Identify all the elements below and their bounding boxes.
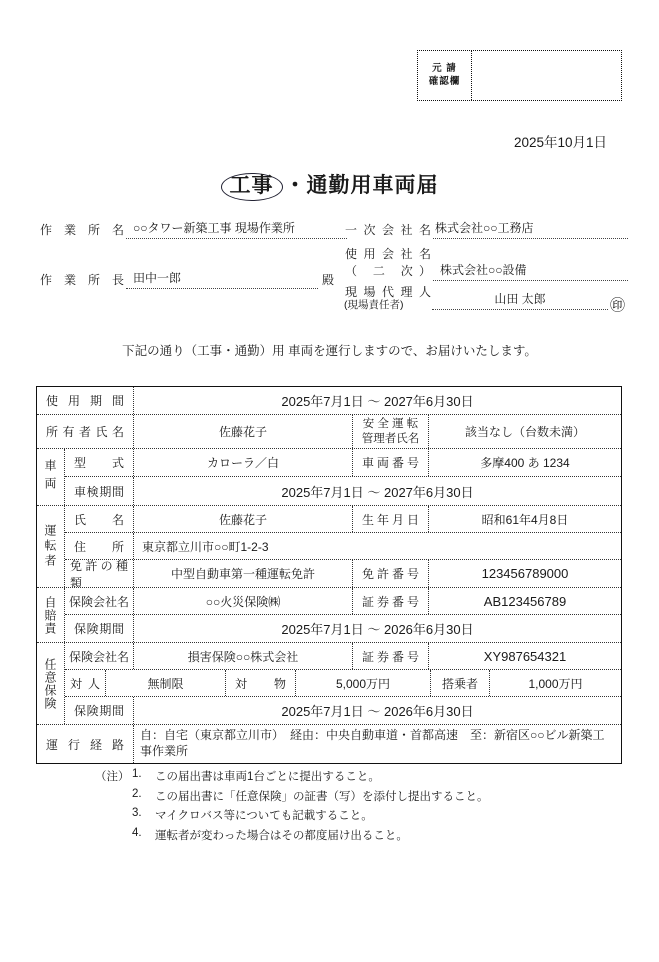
owner-name-label: 所有者氏名 xyxy=(37,415,134,448)
honorific-dono: 殿 xyxy=(322,271,334,288)
safety-manager-label: 安 全 運 転 管理者氏名 xyxy=(353,415,429,448)
plate-number-label: 車両番号 xyxy=(353,449,429,476)
note-text: この届出書に「任意保険」の証書（写）を添付し提出すること。 xyxy=(155,788,489,804)
row-coverage: 対人 無制限 対物 5,000万円 搭乗者 1,000万円 xyxy=(65,670,621,697)
inspection-period-value: 2025年7月1日 ～ 2027年6月30日 xyxy=(134,477,621,505)
nini-policy-label: 証券番号 xyxy=(353,643,429,669)
nini-insurer-label: 保険会社名 xyxy=(65,643,134,669)
taijin-value: 無制限 xyxy=(106,670,226,696)
note-line-4: 4. 運転者が変わった場合はその都度届け出ること。 xyxy=(95,827,489,847)
jibaiseki-policy-label: 証券番号 xyxy=(353,588,429,614)
row-inspection: 車検期間 2025年7月1日 ～ 2027年6月30日 xyxy=(65,477,621,505)
note-prefix: （注） xyxy=(95,768,132,784)
confirmation-stamp-area xyxy=(472,51,621,100)
row-nini-insurer: 保険会社名 損害保険○○株式会社 証券番号 XY987654321 xyxy=(65,643,621,670)
row-license: 免許の種類 中型自動車第一種運転免許 免許番号 123456789000 xyxy=(65,560,621,587)
inkan-stamp-icon: ㊞ xyxy=(610,294,625,315)
usage-period-label: 使用期間 xyxy=(37,387,134,414)
section-jibaiseki: 自賠責 保険会社名 ○○火災保険㈱ 証券番号 AB123456789 保険期間 … xyxy=(37,588,621,643)
row-nini-period: 保険期間 2025年7月1日 ～ 2026年6月30日 xyxy=(65,697,621,724)
vehicle-report-form: 元 請 確認欄 2025年10月1日 工事・通勤用車両届 作業所名 ○○タワー新… xyxy=(0,0,659,962)
model-value: カローラ／白 xyxy=(134,449,353,476)
note-line-3: 3. マイクロバス等についても記載すること。 xyxy=(95,807,489,827)
plate-number-value: 多摩400 あ 1234 xyxy=(429,449,621,476)
jibaiseki-insurer-label: 保険会社名 xyxy=(65,588,134,614)
confirmation-box-label: 元 請 確認欄 xyxy=(418,51,472,100)
owner-name-value: 佐藤花子 xyxy=(134,415,353,448)
note-text: この届出書は車両1台ごとに提出すること。 xyxy=(155,768,380,784)
page-title: 工事・通勤用車両届 xyxy=(0,169,659,201)
route-label: 運行経路 xyxy=(37,725,134,763)
section-driver: 運転者 氏名 佐藤花子 生年月日 昭和61年4月8日 住所 東京都立川市○○町1… xyxy=(37,506,621,588)
footer-notes: （注） 1. この届出書は車両1台ごとに提出すること。 2. この届出書に「任意… xyxy=(95,768,489,846)
nini-period-label: 保険期間 xyxy=(65,697,134,724)
worksite-name-value: ○○タワー新築工事 現場作業所 xyxy=(126,219,347,239)
contractor-confirmation-box: 元 請 確認欄 xyxy=(417,50,622,101)
jibaiseki-period-value: 2025年7月1日 ～ 2026年6月30日 xyxy=(134,615,621,642)
jibaiseki-policy-value: AB123456789 xyxy=(429,588,621,614)
license-number-label: 免許番号 xyxy=(353,560,429,587)
note-text: マイクロバス等についても記載すること。 xyxy=(155,807,373,823)
title-circled-kouji: 工事 xyxy=(221,173,283,201)
jibaiseki-insurer-value: ○○火災保険㈱ xyxy=(134,588,353,614)
row-driver-name: 氏名 佐藤花子 生年月日 昭和61年4月8日 xyxy=(65,506,621,533)
worksite-name-label: 作業所名 xyxy=(40,221,124,238)
site-responsible-label: (現場責任者) xyxy=(344,297,404,312)
note-line-2: 2. この届出書に「任意保険」の証書（写）を添付し提出すること。 xyxy=(95,788,489,808)
birth-date-value: 昭和61年4月8日 xyxy=(429,506,621,532)
birth-date-label: 生年月日 xyxy=(353,506,429,532)
address-label: 住所 xyxy=(65,533,134,559)
safety-manager-value: 該当なし（台数未満） xyxy=(429,415,621,448)
user-company-label: 使用会社名 xyxy=(345,245,431,262)
license-type-value: 中型自動車第一種運転免許 xyxy=(134,560,353,587)
jibaiseki-period-label: 保険期間 xyxy=(65,615,134,642)
driver-name-label: 氏名 xyxy=(65,506,134,532)
vehicle-report-table: 使用期間 2025年7月1日 ～ 2027年6月30日 所有者氏名 佐藤花子 安… xyxy=(36,386,622,764)
row-model: 型式 カローラ／白 車両番号 多摩400 あ 1234 xyxy=(65,449,621,477)
jibaiseki-group-label: 自賠責 xyxy=(37,588,65,642)
intro-sentence: 下記の通り（工事・通勤）用 車両を運行しますので、お届けいたします。 xyxy=(0,341,659,359)
driver-group-label: 運転者 xyxy=(37,506,65,587)
site-agent-value: 山田 太郎 xyxy=(432,290,608,310)
taibutsu-value: 5,000万円 xyxy=(296,670,431,696)
address-value: 東京都立川市○○町1-2-3 xyxy=(134,533,621,559)
nini-period-value: 2025年7月1日 ～ 2026年6月30日 xyxy=(134,697,621,724)
row-jibaiseki-period: 保険期間 2025年7月1日 ～ 2026年6月30日 xyxy=(65,615,621,642)
nini-policy-value: XY987654321 xyxy=(429,643,621,669)
primary-company-value: 株式会社○○工務店 xyxy=(433,219,628,239)
section-vehicle: 車両 型式 カローラ／白 車両番号 多摩400 あ 1234 車検期間 2025… xyxy=(37,449,621,506)
worksite-chief-value: 田中一郎 xyxy=(126,269,318,289)
title-rest: ・通勤用車両届 xyxy=(285,174,439,197)
nini-insurer-value: 損害保険○○株式会社 xyxy=(134,643,353,669)
confirmation-label-line2: 確認欄 xyxy=(429,76,461,88)
tojosha-label: 搭乗者 xyxy=(431,670,490,696)
usage-period-value: 2025年7月1日 ～ 2027年6月30日 xyxy=(134,387,621,414)
note-line-1: （注） 1. この届出書は車両1台ごとに提出すること。 xyxy=(95,768,489,788)
row-route: 運行経路 自：自宅（東京都立川市） 経由：中央自動車道・首都高速 至：新宿区○○… xyxy=(37,725,621,763)
user-company-value: 株式会社○○設備 xyxy=(433,261,628,281)
row-owner: 所有者氏名 佐藤花子 安 全 運 転 管理者氏名 該当なし（台数未満） xyxy=(37,415,621,449)
taibutsu-label: 対物 xyxy=(226,670,296,696)
driver-name-value: 佐藤花子 xyxy=(134,506,353,532)
confirmation-label-line1: 元 請 xyxy=(432,63,457,75)
worksite-chief-label: 作業所長 xyxy=(40,271,124,288)
row-address: 住所 東京都立川市○○町1-2-3 xyxy=(65,533,621,560)
user-company-tier-label: （ 二 次） xyxy=(345,262,431,279)
model-label: 型式 xyxy=(65,449,134,476)
document-date: 2025年10月1日 xyxy=(514,131,607,151)
taijin-label: 対人 xyxy=(65,670,106,696)
vehicle-group-label: 車両 xyxy=(37,449,65,505)
nini-hoken-group-label: 任意保険 xyxy=(37,643,65,724)
license-type-label: 免許の種類 xyxy=(65,560,134,587)
license-number-value: 123456789000 xyxy=(429,560,621,587)
row-usage-period: 使用期間 2025年7月1日 ～ 2027年6月30日 xyxy=(37,387,621,415)
inspection-period-label: 車検期間 xyxy=(65,477,134,505)
primary-company-label: 一次会社名 xyxy=(345,221,431,238)
tojosha-value: 1,000万円 xyxy=(490,670,621,696)
route-value: 自：自宅（東京都立川市） 経由：中央自動車道・首都高速 至：新宿区○○ビル新築工… xyxy=(134,725,621,763)
row-jibaiseki-insurer: 保険会社名 ○○火災保険㈱ 証券番号 AB123456789 xyxy=(65,588,621,615)
section-nini-hoken: 任意保険 保険会社名 損害保険○○株式会社 証券番号 XY987654321 対… xyxy=(37,643,621,725)
note-text: 運転者が変わった場合はその都度届け出ること。 xyxy=(155,827,408,843)
